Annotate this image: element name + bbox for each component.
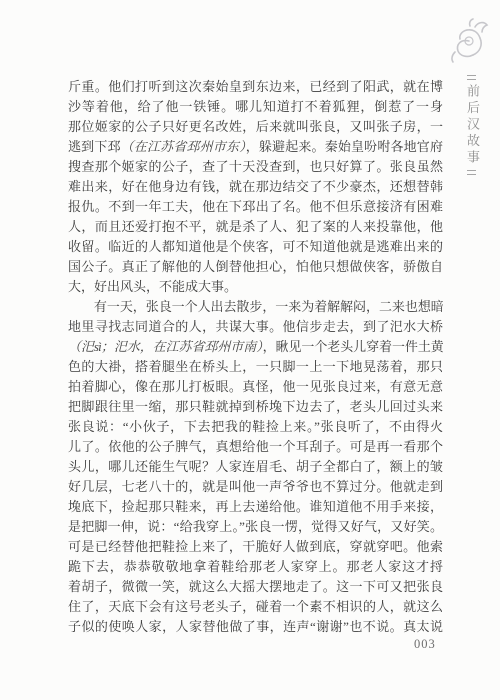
story-text: 头儿，哪儿还能生气呢？人家连眉毛、胡子全都白了，额上的皱纹 [68,459,443,477]
book-page: 前后汉故事 斤重。他们打听到这次秦始皇到东边来，已经到了阳武，就在博浪沙等着他，… [0,0,500,700]
text-line: 大，好出风头，不能成大事。 [68,277,443,297]
story-text: ，躲避起来。秦始皇吩咐各地官府 [246,139,443,154]
side-title-bottom-ornament [467,170,476,175]
side-title-vertical: 前后汉故事 [463,84,482,167]
story-text: 地里寻找志同道合的人，共谋大事。他信步走去，到了汜水大桥 [68,319,443,334]
story-text: 住了，天底下会有这号老头子，碰着一个素不相识的人，就这么老 [68,599,443,617]
annotation-text: （汜sì；汜水，在江苏省邳州市南） [68,339,263,354]
text-line: 头儿，哪儿还能生气呢？人家连眉毛、胡子全都白了，额上的皱纹 [68,457,443,477]
text-line: 子似的使唤人家，人家替他做了事，连声“谢谢”也不说。真太说 [68,617,443,637]
text-line: 可是已经替他把鞋捡上来了，干脆好人做到底，穿就穿吧。他索性 [68,537,443,557]
annotation-text: （在江苏省邳州市东） [121,139,246,154]
story-text: 子似的使唤人家，人家替他做了事，连声“谢谢”也不说。真太说 [68,619,443,634]
story-text: 搜查那个姬家的公子，查了十天没查到，也只好算了。张良虽然逃 [68,159,443,177]
story-text: 人，而且还爱打抱不平，就是杀了人、犯了案的人来投靠他，他也 [68,219,443,237]
text-line: 堍底下，捡起那只鞋来，再上去递给他。谁知道他不用手来接，只 [68,497,443,517]
text-line: 收留。临近的人都知道他是个侠客，可不知道他就是逃难出来的韩 [68,237,443,257]
story-text: 逃到下邳 [68,139,121,154]
text-line: 人，而且还爱打抱不平，就是杀了人、犯了案的人来投靠他，他也 [68,217,443,237]
story-text: 拍着脚心，像在那儿打板眼。真怪，他一见张良过来，有意无意地 [68,379,443,397]
text-line: 斤重。他们打听到这次秦始皇到东边来，已经到了阳武，就在博浪 [68,77,443,97]
side-title-top-ornament [467,75,476,80]
story-text: 斤重。他们打听到这次秦始皇到东边来，已经到了阳武，就在博浪 [68,79,443,97]
text-line: 拍着脚心，像在那儿打板眼。真怪，他一见张良过来，有意无意地 [68,377,443,397]
text-line: 报仇。不到一年工夫，他在下邳出了名。他不但乐意接济有困难的 [68,197,443,217]
story-text: 张良说：“小伙子，下去把我的鞋捡上来。”张良听了，不由得火 [68,419,443,434]
story-text: 儿了。依他的公子脾气，真想给他一个耳刮子。可是再一看那个老 [68,439,443,457]
story-text: 把脚跟往里一缩，那只鞋就掉到桥堍下边去了，老头儿回过头来对 [68,399,443,417]
story-text: 跪下去，恭恭敬敬地拿着鞋给那老人家穿上。那老人家这才捋 [68,559,443,574]
text-line: 把脚跟往里一缩，那只鞋就掉到桥堍下边去了，老头儿回过头来对 [68,397,443,417]
story-text: 大，好出风头，不能成大事。 [68,279,237,294]
text-line: 那位姬家的公子只好更名改姓，后来就叫张良，又叫张子房，一直 [68,117,443,137]
story-text: 国公子。真正了解他的人倒替他担心，怕他只想做侠客，骄傲自 [68,259,443,274]
text-line: 是把脚一伸，说：“给我穿上。”张良一愣，觉得又好气，又好笑。 [68,517,443,537]
story-text: 堍底下，捡起那只鞋来，再上去递给他。谁知道他不用手来接，只 [68,499,443,517]
story-text: ，瞅见一个老头儿穿着一件土黄 [263,339,443,354]
text-line: 着胡子，微微一笑，就这么大摇大摆地走了。这一下可又把张良愣 [68,577,443,597]
story-text: 难出来，好在他身边有钱，就在那边结交了不少豪杰，还想替韩国 [68,179,443,197]
text-line: 地里寻找志同道合的人，共谋大事。他信步走去，到了汜水大桥 [68,317,443,337]
body-text: 斤重。他们打听到这次秦始皇到东边来，已经到了阳武，就在博浪沙等着他，给了他一铁锤… [68,77,443,637]
dragon-seal-icon [446,16,492,64]
story-text: 收留。临近的人都知道他是个侠客，可不知道他就是逃难出来的韩 [68,239,443,257]
text-line: 色的大褂，搭着腿坐在桥头上，一只脚一上一下地晃荡着，那只鞋 [68,357,443,377]
text-line: 儿了。依他的公子脾气，真想给他一个耳刮子。可是再一看那个老 [68,437,443,457]
text-line: 逃到下邳（在江苏省邳州市东），躲避起来。秦始皇吩咐各地官府 [68,137,443,157]
text-line: 张良说：“小伙子，下去把我的鞋捡上来。”张良听了，不由得火 [68,417,443,437]
story-text: 沙等着他，给了他一铁锤。哪儿知道打不着狐狸，倒惹了一身臊。 [68,99,443,117]
text-line: 住了，天底下会有这号老头子，碰着一个素不相识的人，就这么老 [68,597,443,617]
text-line: 有一天，张良一个人出去散步，一来为着解解闷，二来也想暗 [68,297,443,317]
text-line: （汜sì；汜水，在江苏省邳州市南），瞅见一个老头儿穿着一件土黄 [68,337,443,357]
text-line: 国公子。真正了解他的人倒替他担心，怕他只想做侠客，骄傲自 [68,257,443,277]
text-line: 难出来，好在他身边有钱，就在那边结交了不少豪杰，还想替韩国 [68,177,443,197]
story-text: 那位姬家的公子只好更名改姓，后来就叫张良，又叫张子房，一直 [68,119,443,137]
story-text: 好几层，七老八十的，就是叫他一声爷爷也不算过分。他就走到桥 [68,479,443,497]
text-line: 好几层，七老八十的，就是叫他一声爷爷也不算过分。他就走到桥 [68,477,443,497]
story-text: 是把脚一伸，说：“给我穿上。”张良一愣，觉得又好气，又好笑。 [68,519,443,534]
page-number: 003 [414,637,436,652]
text-line: 搜查那个姬家的公子，查了十天没查到，也只好算了。张良虽然逃 [68,157,443,177]
story-text: 着胡子，微微一笑，就这么大摇大摆地走了。这一下可又把张良愣 [68,579,443,597]
story-text: 色的大褂，搭着腿坐在桥头上，一只脚一上一下地晃荡着，那只鞋 [68,359,443,377]
story-text: 有一天，张良一个人出去散步，一来为着解解闷，二来也想暗 [68,299,443,314]
story-text: 可是已经替他把鞋捡上来了，干脆好人做到底，穿就穿吧。他索性 [68,539,443,557]
story-text: 报仇。不到一年工夫，他在下邳出了名。他不但乐意接济有困难的 [68,199,443,217]
text-line: 沙等着他，给了他一铁锤。哪儿知道打不着狐狸，倒惹了一身臊。 [68,97,443,117]
text-line: 跪下去，恭恭敬敬地拿着鞋给那老人家穿上。那老人家这才捋（lǚ） [68,557,443,577]
